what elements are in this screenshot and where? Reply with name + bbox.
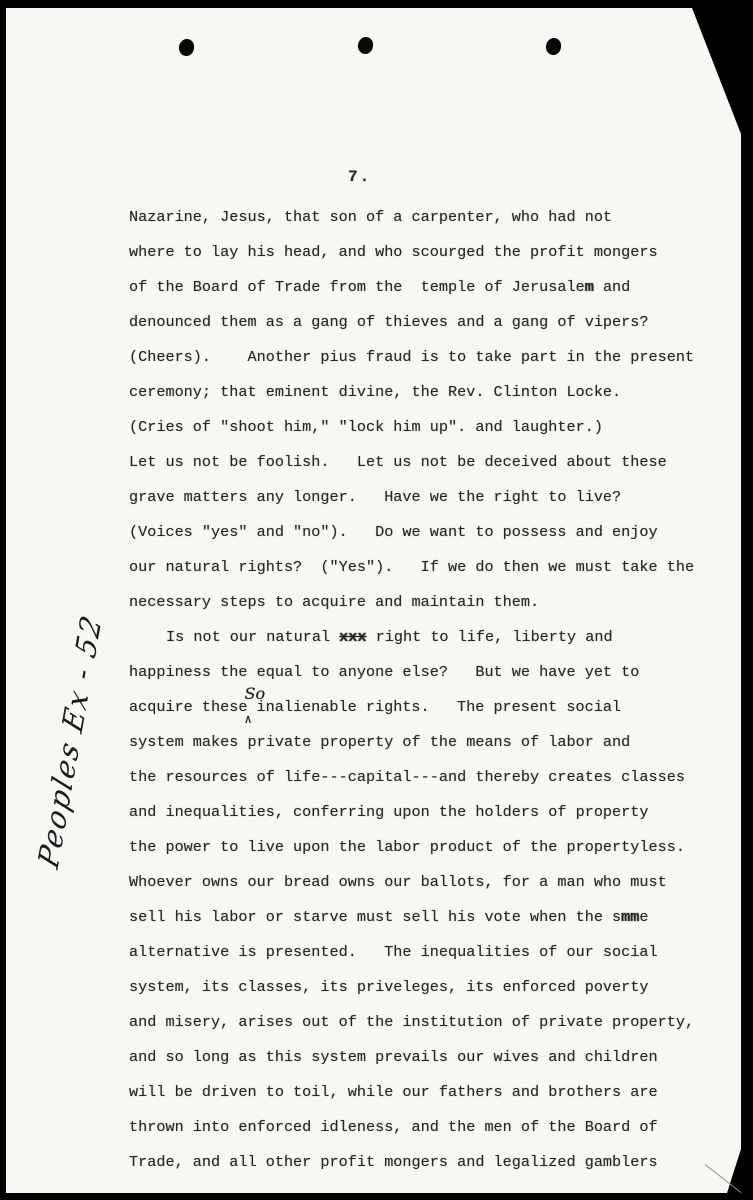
text-segment: Is not our natural (166, 628, 339, 646)
text-line: the power to live upon the labor product… (129, 830, 729, 865)
text-segment: of the Board of Trade from the temple of… (129, 278, 585, 296)
text-line: Nazarine, Jesus, that son of a carpenter… (129, 200, 729, 235)
overstruck-text: mm (621, 908, 639, 926)
text-line: Whoever owns our bread owns our ballots,… (129, 865, 729, 900)
text-line: and misery, arises out of the institutio… (129, 1005, 729, 1040)
text-line: denounced them as a gang of thieves and … (129, 305, 729, 340)
margin-note-handwritten: Peoples Ex - 52 (32, 609, 108, 873)
text-line: will be driven to toil, while our father… (129, 1075, 729, 1110)
text-line: sell his labor or starve must sell his v… (129, 900, 729, 935)
text-line: our natural rights? ("Yes"). If we do th… (129, 550, 729, 585)
text-line: (Cries of "shoot him," "lock him up". an… (129, 410, 729, 445)
text-line: ceremony; that eminent divine, the Rev. … (129, 375, 729, 410)
scanned-document: 7. Peoples Ex - 52 Nazarine, Jesus, that… (0, 0, 753, 1200)
text-line: acquire theseSo∧inalienable rights. The … (129, 690, 729, 725)
text-line: Trade, and all other profit mongers and … (129, 1145, 729, 1180)
text-line: happiness the equal to anyone else? But … (129, 655, 729, 690)
handwritten-insertion: So∧ (247, 690, 256, 725)
punch-hole (178, 38, 195, 57)
text-line: alternative is presented. The inequaliti… (129, 935, 729, 970)
text-line: system makes private property of the mea… (129, 725, 729, 760)
overstruck-text: m (585, 278, 594, 296)
text-line: where to lay his head, and who scourged … (129, 235, 729, 270)
text-segment: e (639, 908, 648, 926)
text-segment: inalienable rights. The present social (256, 698, 621, 716)
text-line: of the Board of Trade from the temple of… (129, 270, 729, 305)
text-line: Is not our natural xxx right to life, li… (129, 620, 729, 655)
text-line: grave matters any longer. Have we the ri… (129, 480, 729, 515)
text-line: the resources of life---capital---and th… (129, 760, 729, 795)
text-segment: right to life, liberty and (367, 628, 613, 646)
text-line: Let us not be foolish. Let us not be dec… (129, 445, 729, 480)
overstruck-text: xxx (339, 628, 366, 646)
text-segment: and (594, 278, 630, 296)
caret-mark: ∧ (244, 714, 251, 726)
text-line: (Cheers). Another pius fraud is to take … (129, 340, 729, 375)
text-line: thrown into enforced idleness, and the m… (129, 1110, 729, 1145)
text-line: necessary steps to acquire and maintain … (129, 585, 729, 620)
text-segment: sell his labor or starve must sell his v… (129, 908, 621, 926)
punch-hole (357, 36, 374, 55)
punch-hole (545, 37, 562, 56)
text-line: system, its classes, its priveleges, its… (129, 970, 729, 1005)
cut-corner-top-right (692, 8, 741, 134)
typed-text-block: Nazarine, Jesus, that son of a carpenter… (129, 200, 729, 1180)
page-number: 7. (348, 168, 371, 186)
text-segment: acquire these (129, 698, 247, 716)
text-line: and inequalities, conferring upon the ho… (129, 795, 729, 830)
text-line: (Voices "yes" and "no"). Do we want to p… (129, 515, 729, 550)
text-line: and so long as this system prevails our … (129, 1040, 729, 1075)
document-page: 7. Peoples Ex - 52 Nazarine, Jesus, that… (6, 8, 741, 1193)
inserted-word: So (244, 686, 265, 702)
